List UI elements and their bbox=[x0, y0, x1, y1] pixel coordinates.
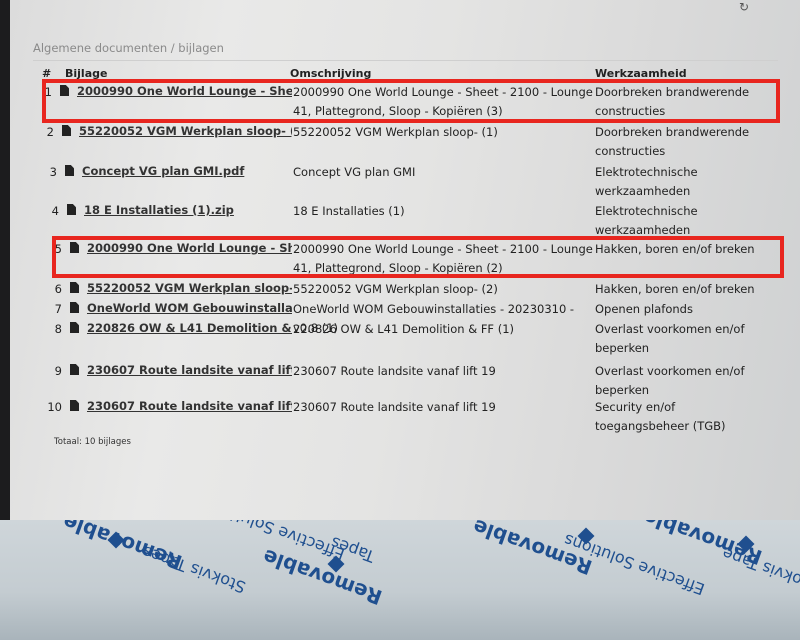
attachment-link[interactable]: OneWorld WOM Gebouwinstallaties - bbox=[87, 301, 292, 315]
row-number: 8 bbox=[42, 322, 62, 336]
activity-cell: Security en/of toegangsbeheer (TGB) bbox=[595, 398, 765, 436]
file-icon bbox=[67, 204, 76, 215]
document-page: ↻ Algemene documenten / bijlagen # Bijla… bbox=[10, 0, 800, 520]
attachment-link[interactable]: 55220052 VGM Werkplan sloop- (2).p bbox=[87, 281, 292, 295]
file-icon bbox=[62, 125, 71, 136]
activity-cell: Elektrotechnische werkzaamheden bbox=[595, 202, 765, 240]
activity-cell: Overlast voorkomen en/of beperken bbox=[595, 362, 765, 400]
row-number: 4 bbox=[39, 204, 59, 218]
divider bbox=[33, 60, 778, 61]
description-cell: 18 E Installaties (1) bbox=[293, 202, 593, 221]
attachment-link[interactable]: 55220052 VGM Werkplan sloop- (1).p bbox=[79, 124, 292, 138]
row-number: 7 bbox=[42, 302, 62, 316]
file-icon bbox=[65, 165, 74, 176]
tape-print-text: Stokvis Tapes bbox=[140, 542, 248, 597]
description-cell: 55220052 VGM Werkplan sloop- (1) bbox=[293, 123, 593, 142]
file-icon bbox=[70, 400, 79, 411]
tape-strip: RemovableStokvis TapesEffective Solution… bbox=[0, 520, 800, 640]
activity-cell: Elektrotechnische werkzaamheden bbox=[595, 163, 765, 201]
activity-cell: Openen plafonds bbox=[595, 300, 765, 319]
row-number: 9 bbox=[42, 364, 62, 378]
row-number: 3 bbox=[37, 165, 57, 179]
highlight-box bbox=[42, 79, 780, 123]
description-cell: 230607 Route landsite vanaf lift 19 bbox=[293, 398, 593, 417]
activity-cell: Doorbreken brandwerende constructies bbox=[595, 123, 765, 161]
file-icon bbox=[70, 302, 79, 313]
activity-cell: Hakken, boren en/of breken bbox=[595, 280, 765, 299]
refresh-icon[interactable]: ↻ bbox=[739, 0, 749, 14]
description-cell: Concept VG plan GMI bbox=[293, 163, 593, 182]
attachment-link[interactable]: Concept VG plan GMI.pdf bbox=[82, 164, 292, 178]
description-cell: 55220052 VGM Werkplan sloop- (2) bbox=[293, 280, 593, 299]
attachment-link[interactable]: 230607 Route landsite vanaf lift 19.p bbox=[87, 399, 292, 413]
attachment-link[interactable]: 18 E Installaties (1).zip bbox=[84, 203, 292, 217]
highlight-box bbox=[52, 236, 784, 278]
section-title: Algemene documenten / bijlagen bbox=[33, 41, 224, 55]
description-cell: 230607 Route landsite vanaf lift 19 bbox=[293, 362, 593, 381]
file-icon bbox=[70, 364, 79, 375]
row-number: 6 bbox=[42, 282, 62, 296]
description-cell: 220826 OW & L41 Demolition & FF (1) bbox=[293, 320, 593, 339]
row-number: 10 bbox=[42, 400, 62, 414]
attachment-link[interactable]: 230607 Route landsite vanaf lift 19.p bbox=[87, 363, 292, 377]
total-count: Totaal: 10 bijlages bbox=[54, 437, 131, 447]
file-icon bbox=[70, 282, 79, 293]
file-icon bbox=[70, 322, 79, 333]
activity-cell: Overlast voorkomen en/of beperken bbox=[595, 320, 765, 358]
row-number: 2 bbox=[34, 125, 54, 139]
attachment-link[interactable]: 220826 OW & L41 Demolition & FF (1 bbox=[87, 321, 292, 335]
